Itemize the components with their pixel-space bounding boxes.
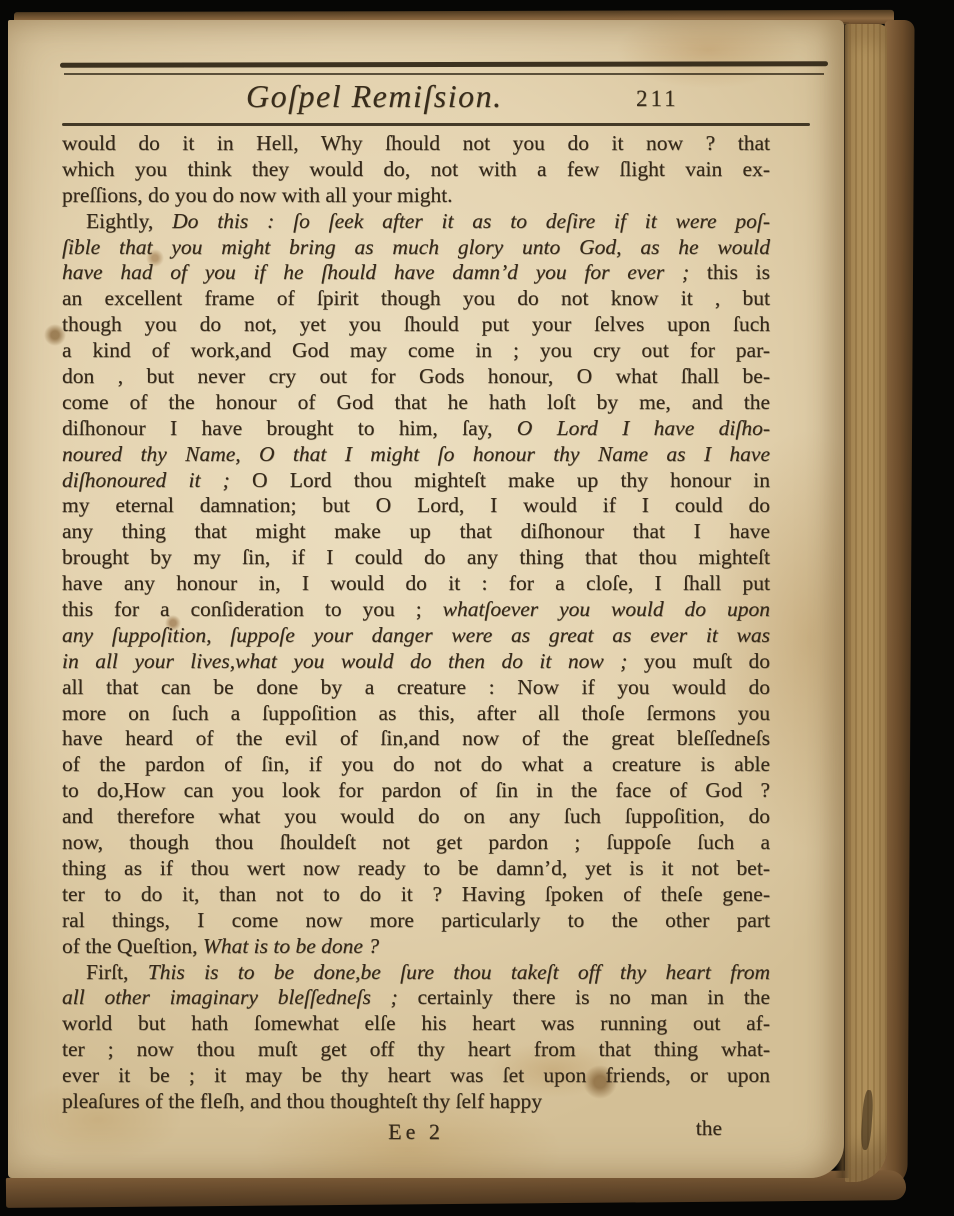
text-segment: Firſt, bbox=[86, 960, 148, 984]
text-segment: of the Queſtion, bbox=[62, 934, 203, 958]
text-line: ter to do it, than not to do it ? Having… bbox=[62, 882, 770, 908]
italic-text-segment: any ſuppoſition, ſuppoſe your danger wer… bbox=[62, 623, 770, 647]
text-segment: an excellent frame of ſpirit though you … bbox=[62, 286, 770, 310]
text-segment: don , but never cry out for Gods honour,… bbox=[62, 364, 770, 388]
text-line: don , but never cry out for Gods honour,… bbox=[62, 364, 770, 390]
text-line: this for a conſideration to you ; whatſo… bbox=[62, 597, 770, 623]
italic-text-segment: What is to be done ? bbox=[203, 934, 379, 958]
text-segment: have heard of the evil of ſin,and now of… bbox=[62, 726, 770, 750]
italic-text-segment: This is to be done,be ſure thou takeſt o… bbox=[148, 960, 770, 984]
text-segment: now, though thou ſhouldeſt not get pardo… bbox=[62, 830, 770, 854]
text-segment: O Lord thou mighteſt make up thy honour … bbox=[252, 468, 770, 492]
text-line: world but hath ſomewhat elſe his heart w… bbox=[62, 1011, 770, 1037]
body-text-block: would do it in Hell, Why ſhould not you … bbox=[62, 131, 770, 1145]
text-line: ever it be ; it may be thy heart was ſet… bbox=[62, 1063, 770, 1089]
text-line: now, though thou ſhouldeſt not get pardo… bbox=[62, 830, 770, 856]
italic-text-segment: ſible that you might bring as much glory… bbox=[62, 235, 770, 259]
text-segment: certainly there is no man in the bbox=[418, 985, 771, 1009]
signature-mark: Ee 2 bbox=[62, 1119, 770, 1145]
text-line: all that can be done by a creature : Now… bbox=[62, 675, 770, 701]
catchword: the bbox=[696, 1116, 722, 1141]
head-rule-thick bbox=[60, 61, 828, 67]
text-segment: ter to do it, than not to do it ? Having… bbox=[62, 882, 770, 906]
text-segment: to do,How can you look for pardon of ſin… bbox=[62, 778, 770, 802]
text-line: more on ſuch a ſuppoſition as this, afte… bbox=[62, 701, 770, 727]
text-line: all other imaginary bleſſedneſs ; certai… bbox=[62, 985, 770, 1011]
text-segment: ever it be ; it may be thy heart was ſet… bbox=[62, 1063, 770, 1087]
italic-text-segment: O Lord I have diſho- bbox=[517, 416, 770, 440]
text-line: my eternal damnation; but O Lord, I woul… bbox=[62, 493, 770, 519]
text-line: preſſions, do you do now with all your m… bbox=[62, 183, 770, 209]
text-line: have had of you if he ſhould have damn’d… bbox=[62, 260, 770, 286]
text-line: ſible that you might bring as much glory… bbox=[62, 235, 770, 261]
text-segment: this for a conſideration to you ; bbox=[62, 597, 443, 621]
text-segment: and therefore what you would do on any ſ… bbox=[62, 804, 770, 828]
text-segment: my eternal damnation; but O Lord, I woul… bbox=[62, 493, 770, 517]
text-line: which you think they would do, not with … bbox=[62, 157, 770, 183]
text-line: Firſt, This is to be done,be ſure thou t… bbox=[62, 960, 770, 986]
text-segment: thing as if thou wert now ready to be da… bbox=[62, 856, 770, 880]
running-title: Goſpel Remiſsion. bbox=[246, 78, 503, 115]
text-segment: this is bbox=[707, 260, 770, 284]
italic-text-segment: in all your lives,what you would do then… bbox=[62, 649, 644, 673]
text-segment: you muſt do bbox=[644, 649, 770, 673]
text-segment: Eightly, bbox=[86, 209, 172, 233]
text-segment: ral things, I come now more particularly… bbox=[62, 908, 770, 932]
text-segment: which you think they would do, not with … bbox=[62, 157, 770, 181]
text-line: thing as if thou wert now ready to be da… bbox=[62, 856, 770, 882]
text-line: of the pardon of ſin, if you do not do w… bbox=[62, 752, 770, 778]
text-line: noured thy Name, O that I might ſo honou… bbox=[62, 442, 770, 468]
italic-text-segment: have had of you if he ſhould have damn’d… bbox=[62, 260, 707, 284]
text-line: have any honour in, I would do it : for … bbox=[62, 571, 770, 597]
running-head: Goſpel Remiſsion. 211 bbox=[8, 76, 844, 124]
text-line: of the Queſtion, What is to be done ? bbox=[62, 934, 770, 960]
text-line: a kind of work,and God may come in ; you… bbox=[62, 338, 770, 364]
text-segment: a kind of work,and God may come in ; you… bbox=[62, 338, 770, 362]
text-line: Eightly, Do this : ſo ſeek after it as t… bbox=[62, 209, 770, 235]
italic-text-segment: Do this : ſo ſeek after it as to deſire … bbox=[172, 209, 770, 233]
text-segment: would do it in Hell, Why ſhould not you … bbox=[62, 131, 770, 155]
text-line: any thing that might make up that diſhon… bbox=[62, 519, 770, 545]
text-line: an excellent frame of ſpirit though you … bbox=[62, 286, 770, 312]
text-line: any ſuppoſition, ſuppoſe your danger wer… bbox=[62, 623, 770, 649]
text-line: to do,How can you look for pardon of ſin… bbox=[62, 778, 770, 804]
text-segment: have any honour in, I would do it : for … bbox=[62, 571, 770, 595]
text-line: and therefore what you would do on any ſ… bbox=[62, 804, 770, 830]
text-segment: preſſions, do you do now with all your m… bbox=[62, 183, 453, 207]
page-block-edges bbox=[845, 24, 887, 1182]
text-segment: all that can be done by a creature : Now… bbox=[62, 675, 770, 699]
text-segment: come of the honour of God that he hath l… bbox=[62, 390, 770, 414]
text-segment: diſhonour I have brought to him, ſay, bbox=[62, 416, 517, 440]
head-rule-thin bbox=[64, 73, 824, 75]
page-number: 211 bbox=[636, 86, 679, 112]
book-page: Goſpel Remiſsion. 211 would do it in Hel… bbox=[8, 20, 844, 1178]
text-segment: ter ; now thou muſt get off thy heart fr… bbox=[62, 1037, 770, 1061]
italic-text-segment: diſhonoured it ; bbox=[62, 468, 252, 492]
text-segment: world but hath ſomewhat elſe his heart w… bbox=[62, 1011, 770, 1035]
text-segment: any thing that might make up that diſhon… bbox=[62, 519, 770, 543]
text-line: ter ; now thou muſt get off thy heart fr… bbox=[62, 1037, 770, 1063]
text-line: brought by my ſin, if I could do any thi… bbox=[62, 545, 770, 571]
text-line: though you do not, yet you ſhould put yo… bbox=[62, 312, 770, 338]
text-segment: pleaſures of the fleſh, and thou thought… bbox=[62, 1089, 542, 1113]
text-line: pleaſures of the fleſh, and thou thought… bbox=[62, 1089, 770, 1115]
text-segment: though you do not, yet you ſhould put yo… bbox=[62, 312, 770, 336]
text-line: would do it in Hell, Why ſhould not you … bbox=[62, 131, 770, 157]
text-segment: brought by my ſin, if I could do any thi… bbox=[62, 545, 770, 569]
text-line: in all your lives,what you would do then… bbox=[62, 649, 770, 675]
italic-text-segment: noured thy Name, O that I might ſo honou… bbox=[62, 442, 770, 466]
text-line: diſhonoured it ; O Lord thou mighteſt ma… bbox=[62, 468, 770, 494]
book-scan: Goſpel Remiſsion. 211 would do it in Hel… bbox=[0, 0, 954, 1216]
text-segment: more on ſuch a ſuppoſition as this, afte… bbox=[62, 701, 770, 725]
signature-row: Ee 2 the bbox=[62, 1119, 770, 1145]
head-rule-bottom bbox=[62, 123, 810, 126]
text-line: come of the honour of God that he hath l… bbox=[62, 390, 770, 416]
text-line: have heard of the evil of ſin,and now of… bbox=[62, 726, 770, 752]
italic-text-segment: whatſoever you would do upon bbox=[443, 597, 770, 621]
italic-text-segment: all other imaginary bleſſedneſs ; bbox=[62, 985, 418, 1009]
text-line: diſhonour I have brought to him, ſay, O … bbox=[62, 416, 770, 442]
text-segment: of the pardon of ſin, if you do not do w… bbox=[62, 752, 770, 776]
text-line: ral things, I come now more particularly… bbox=[62, 908, 770, 934]
